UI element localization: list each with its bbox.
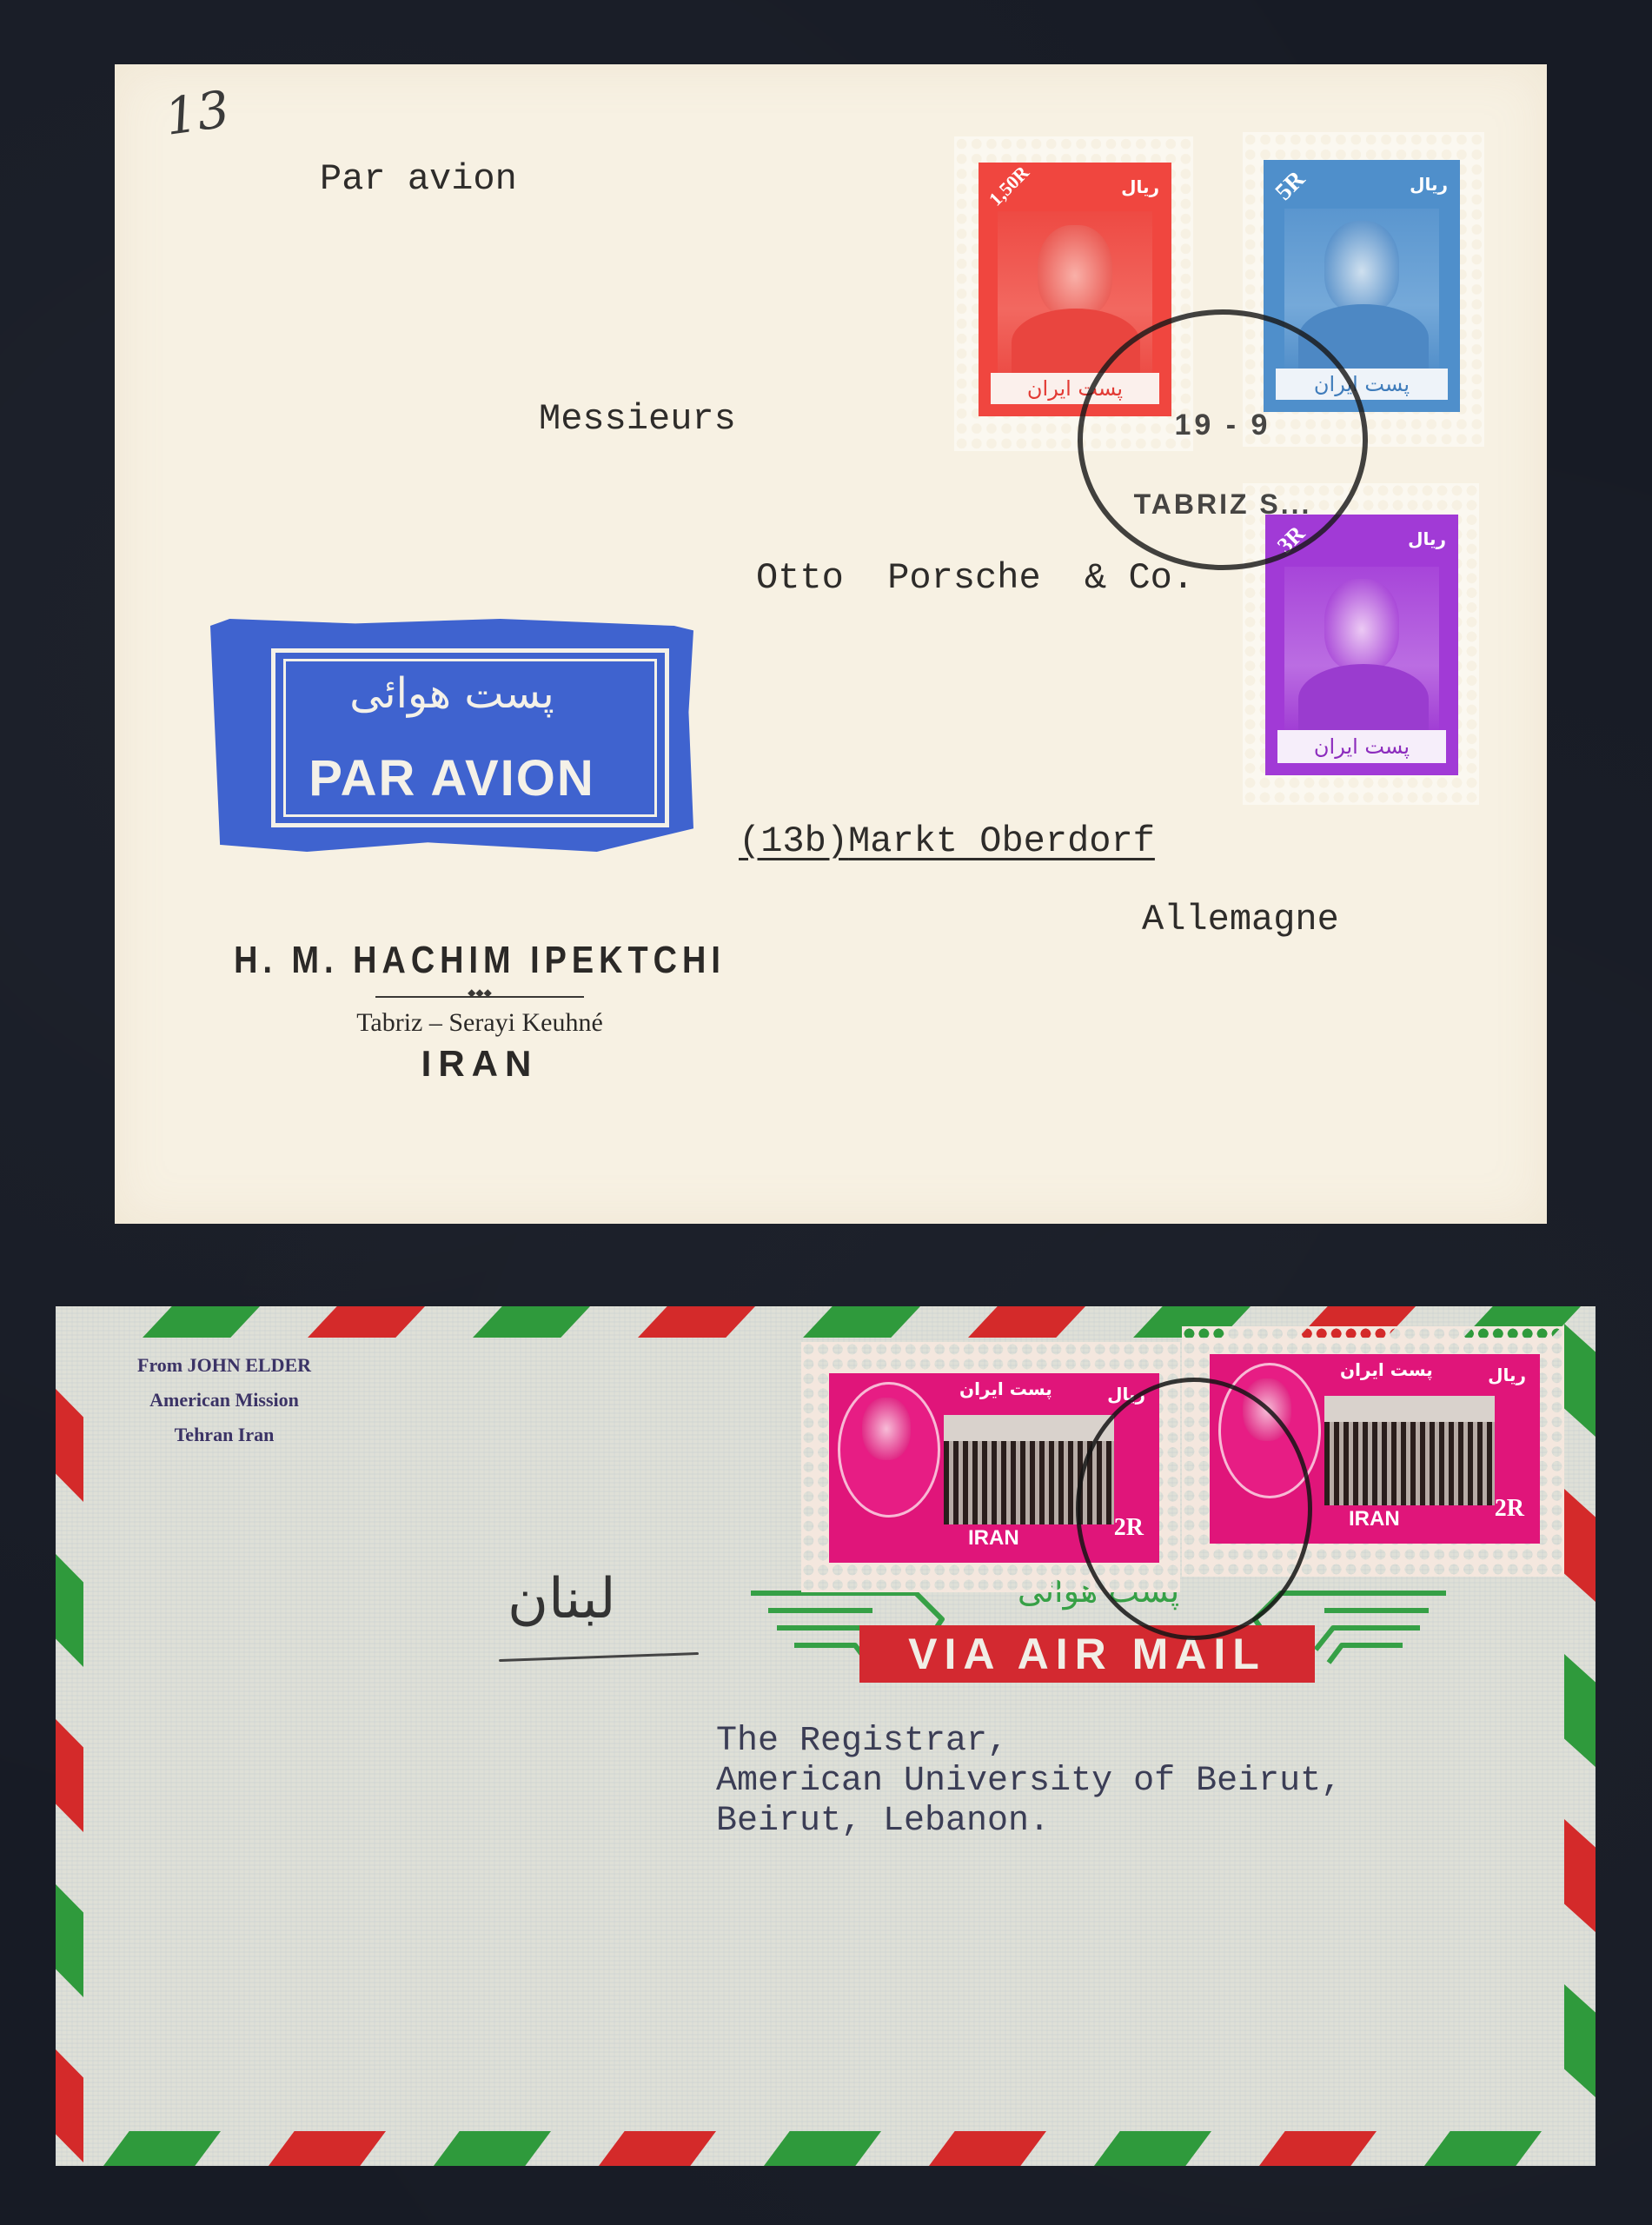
sender-address: Tabriz – Serayi Keuhné [193,1008,766,1038]
stamp-currency: ریال [1410,174,1448,195]
stamp-design: 3R ریال پست ایران [1265,515,1458,775]
airmail-stripe [1564,1819,1596,1932]
recipient-city: (13b)Markt Oberdorf [739,820,1155,862]
postmark-cancel-2 [1076,1378,1312,1640]
airmail-stripe [308,1306,425,1338]
stamp-currency: ریال [1488,1365,1526,1385]
uniform-shape [1298,664,1429,734]
stamp-value: 1,50R [985,163,1034,210]
stamp-value: 5R [1271,166,1311,207]
postmark-city: TABRIZ S... [1083,488,1363,521]
airmail-stripe [1094,2131,1211,2166]
recipient-country: Allemagne [1142,899,1339,940]
airmail-stripe [1564,1654,1596,1767]
airmail-stripe [1564,1489,1596,1602]
return-address: From JOHN ELDER American Mission Tehran … [137,1348,311,1452]
sender-country: IRAN [193,1043,766,1085]
airmail-stripe [1564,1324,1596,1437]
airmail-stripe [56,1554,83,1667]
stamp-inscription: پست ایران [1277,730,1446,763]
airmail-stripe [803,1306,920,1338]
recipient-line-1: The Registrar, [716,1722,1342,1762]
stamp-currency: ریال [1121,176,1159,197]
ornament-divider [375,994,584,1000]
airmail-stripe [103,2131,221,2166]
airmail-stripe [1259,2131,1377,2166]
city-prefix: (13b) [739,820,848,862]
airmail-stripe [764,2131,881,2166]
airmail-stripe [929,2131,1046,2166]
stamp-value: 2R [1495,1495,1524,1523]
portrait-icon [1324,579,1399,671]
airmail-stripe [968,1306,1085,1338]
stamp-inscription: پست ایران [959,1378,1052,1399]
return-line-1: From JOHN ELDER [137,1348,311,1383]
airmail-stripe [56,1389,83,1502]
portrait-icon [1324,221,1399,313]
airmail-stripe [473,1306,590,1338]
stamp-country: IRAN [1349,1507,1400,1531]
airmail-stripe [143,1306,260,1338]
stamp-country: IRAN [968,1526,1019,1551]
airmail-stripe [56,2049,83,2162]
airmail-stripe [56,1884,83,1997]
label-text: PAR AVION [210,749,693,807]
city-name: Markt Oberdorf [848,820,1155,862]
handwritten-number: 13 [162,79,234,147]
airmail-stripe [56,1719,83,1832]
airmail-stripe [269,2131,386,2166]
airmail-stripe [638,1306,755,1338]
airmail-stripe [1424,2131,1542,2166]
label-persian-text: پست هوائی [210,669,693,718]
sender-block: H. M. HACHIM IPEKTCHI Tabriz – Serayi Ke… [193,939,766,1085]
stamp-currency: ریال [1408,528,1446,549]
recipient-name: Otto Porsche & Co. [756,557,1194,599]
airmail-stripe [1564,1984,1596,2097]
portrait-icon [1038,225,1112,317]
routing-note: Par avion [320,158,517,200]
airmail-stripe [599,2131,716,2166]
recipient-line-3: Beirut, Lebanon. [716,1802,1342,1842]
handwritten-underline [499,1652,699,1662]
postmark-date: 19 - 9 [1083,408,1363,442]
postmark-cancel: 19 - 9 TABRIZ S... [1078,309,1368,570]
sender-name: H. M. HACHIM IPEKTCHI [233,939,726,982]
handwritten-destination: لبنان [508,1567,616,1631]
recipient-line-2: American University of Beirut, [716,1762,1342,1802]
vignette-sky [944,1415,1114,1441]
via-air-mail-band: VIA AIR MAIL [859,1625,1315,1683]
portrait-icon [862,1398,911,1460]
vignette-sky [1324,1396,1495,1422]
recipient-salutation: Messieurs [539,398,736,440]
par-avion-label: پست هوائی PAR AVION [210,619,693,852]
recipient-address: The Registrar, American University of Be… [716,1722,1342,1842]
airmail-stripe [434,2131,551,2166]
stamp-inscription: پست ایران [1340,1359,1433,1380]
return-line-2: American Mission [137,1383,311,1418]
return-line-3: Tehran Iran [137,1418,311,1452]
